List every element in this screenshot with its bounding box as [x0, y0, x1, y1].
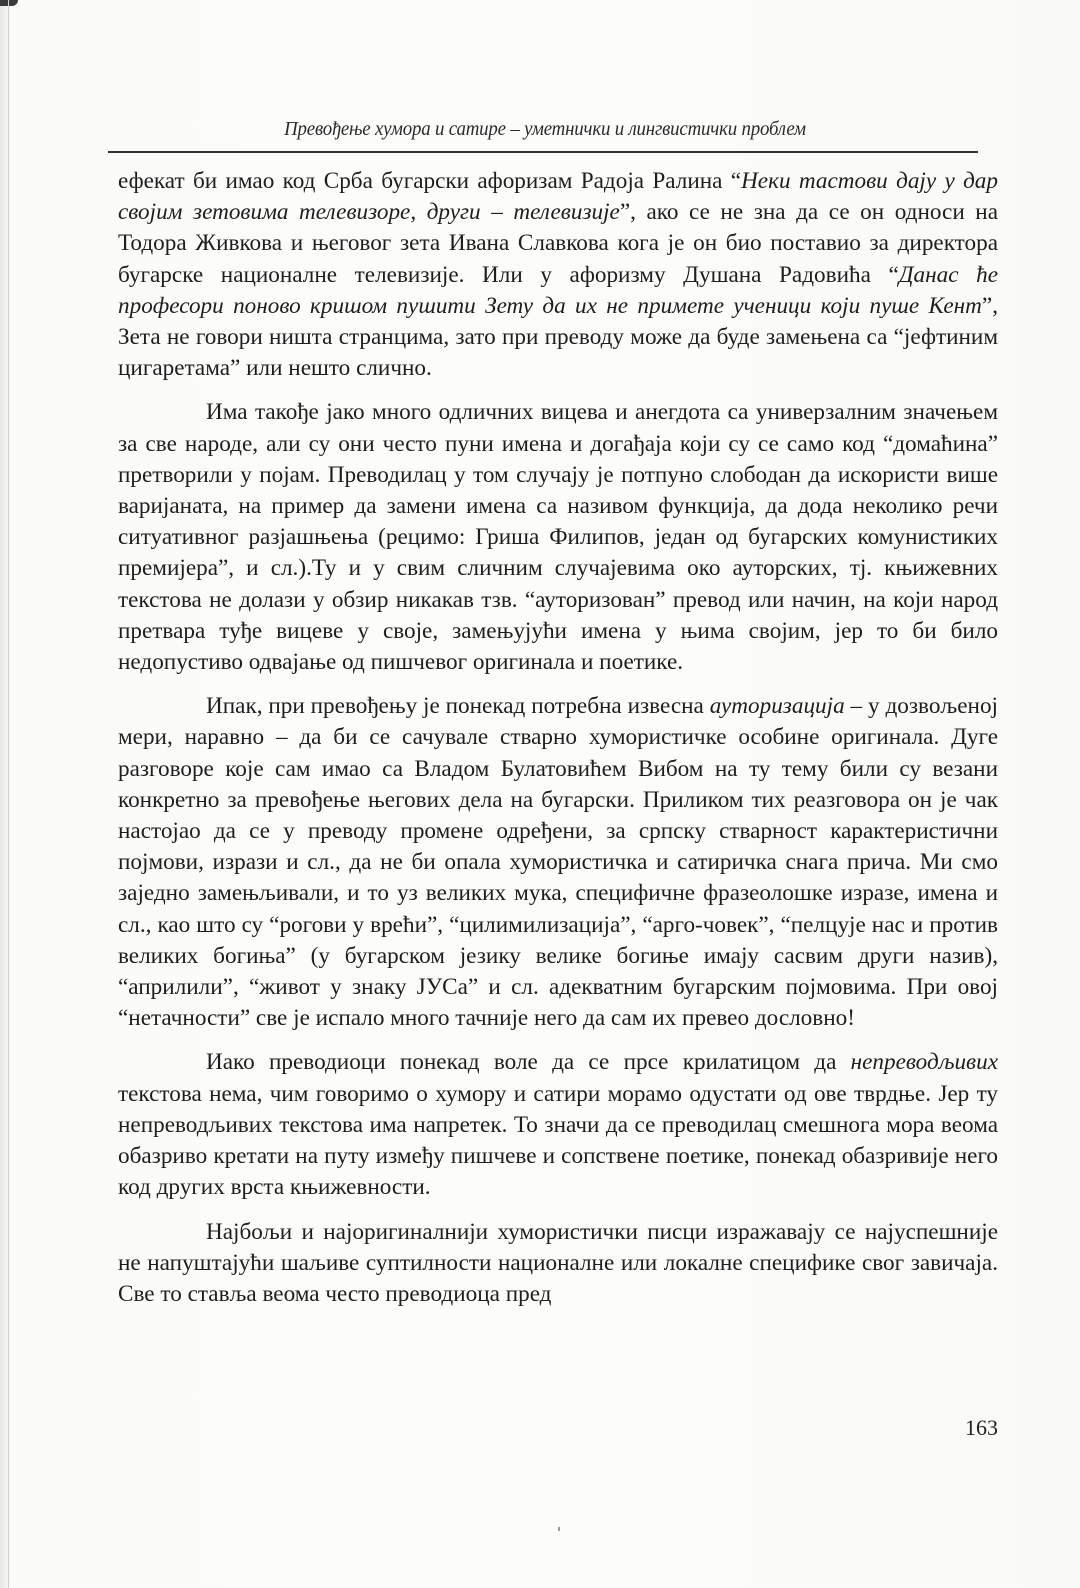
text-run: Иако преводиоци понекад воле да се прсе …	[206, 1049, 851, 1075]
text-run: – у дозвољеној мери, наравно – да би се …	[118, 693, 998, 1031]
paragraph: Ипак, при превођењу је понекад потребна …	[118, 691, 998, 1034]
paragraph: Има такође јако много одличних вицева и …	[118, 397, 998, 678]
paragraph: ефекат би имао код Срба бугарски афориза…	[118, 166, 998, 384]
header-rule	[108, 151, 978, 153]
paragraph: Иако преводиоци понекад воле да се прсе …	[118, 1047, 998, 1203]
italic-quote: ауторизација	[710, 693, 845, 719]
paragraph: Најбољи и најоригиналнији хумористички п…	[118, 1217, 998, 1311]
italic-quote: непреводљивих	[851, 1049, 998, 1075]
text-run: ефекат би имао код Срба бугарски афориза…	[118, 168, 741, 194]
page-edge	[8, 0, 9, 1588]
body-text: ефекат би имао код Срба бугарски афориза…	[118, 166, 998, 1323]
book-page: Превођење хумора и сатире – уметнички и …	[0, 0, 1080, 1588]
text-run: Ипак, при превођењу је понекад потребна …	[206, 693, 710, 719]
binding-shadow	[0, 0, 18, 6]
text-run: Најбољи и најоригиналнији хумористички п…	[118, 1219, 998, 1307]
running-head: Превођење хумора и сатире – уметнички и …	[145, 118, 945, 141]
text-run: текстова нема, чим говоримо о хумору и с…	[118, 1081, 998, 1201]
page-number: 163	[930, 1415, 998, 1441]
scan-speck	[558, 1527, 560, 1531]
text-run: Има такође јако много одличних вицева и …	[118, 399, 998, 675]
